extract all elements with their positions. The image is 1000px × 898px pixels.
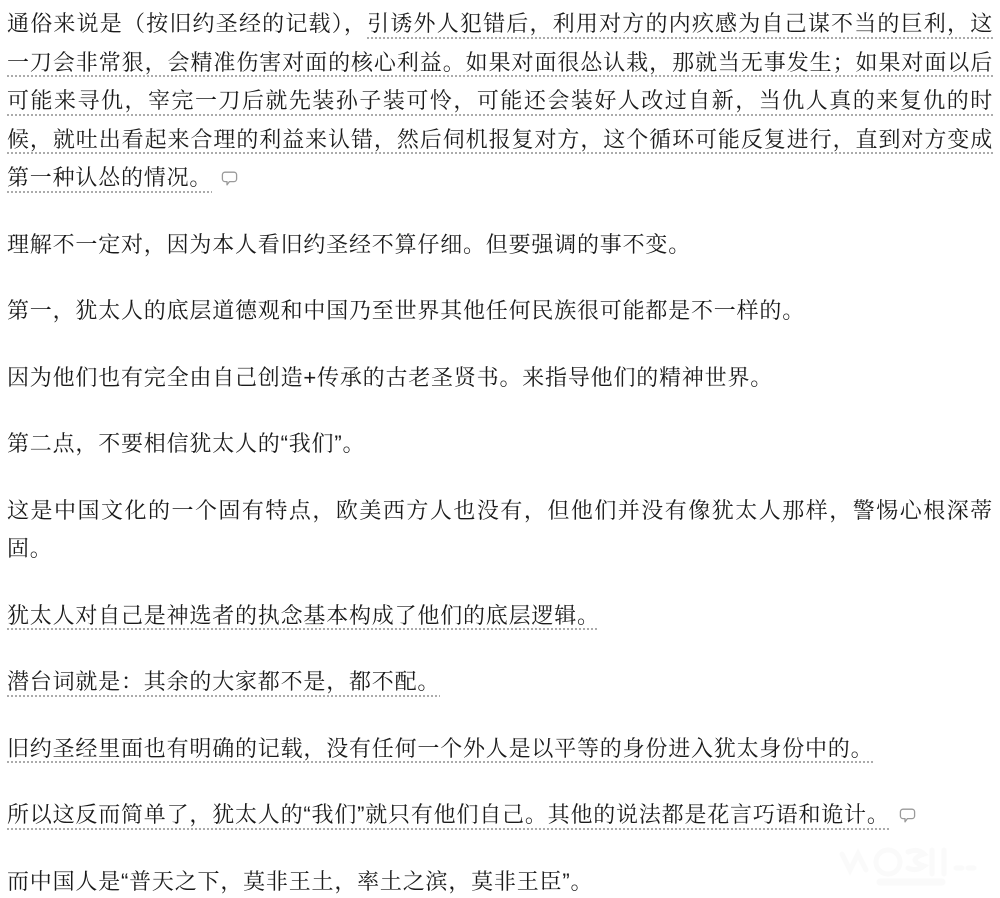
text-segment: 因为他们也有完全由自己创造+传承的古老圣贤书。来指导他们的精神世界。 (7, 365, 773, 390)
paragraph: 旧约圣经里面也有明确的记载，没有任何一个外人是以平等的身份进入犹太身份中的。 (7, 730, 993, 769)
paragraph: 潜台词就是：其余的大家都不是，都不配。 (7, 663, 993, 702)
highlighted-text[interactable]: 犹太人对自己是神选者的执念基本构成了他们的底层逻辑。 (7, 603, 600, 628)
paragraph: 第一，犹太人的底层道德观和中国乃至世界其他任何民族很可能都是不一样的。 (7, 292, 993, 331)
text-segment: 第二点，不要相信犹太人的“我们”。 (7, 431, 365, 456)
text-segment: 通俗来说是（按旧约圣经的记载）， (7, 11, 367, 36)
paragraph: 犹太人对自己是神选者的执念基本构成了他们的底层逻辑。 (7, 597, 993, 636)
text-segment: 而中国人是“普天之下，莫非王土，率土之滨，莫非王臣”。 (7, 869, 593, 894)
text-segment: 第一，犹太人的底层道德观和中国乃至世界其他任何民族很可能都是不一样的。 (7, 298, 805, 323)
paragraph: 这是中国文化的一个固有特点，欧美西方人也没有，但他们并没有像犹太人那样，警惕心根… (7, 492, 993, 569)
comment-bubble-icon[interactable] (221, 170, 238, 187)
paragraph: 所以这反而简单了，犹太人的“我们”就只有他们自己。其他的说法都是花言巧语和诡计。 (7, 796, 993, 835)
paragraph: 通俗来说是（按旧约圣经的记载），引诱外人犯错后，利用对方的内疚感为自己谋不当的巨… (7, 5, 993, 198)
paragraph: 而中国人是“普天之下，莫非王土，率土之滨，莫非王臣”。 (7, 863, 993, 898)
paragraph: 因为他们也有完全由自己创造+传承的古老圣贤书。来指导他们的精神世界。 (7, 359, 993, 398)
highlighted-text[interactable]: 引诱外人犯错后，利用对方的内疚感为自己谋不当的巨利，这一刀会非常狠，会精准伤害对… (7, 11, 993, 190)
text-segment: 理解不一定对，因为本人看旧约圣经不算仔细。但要强调的事不变。 (7, 232, 691, 257)
highlighted-text[interactable]: 潜台词就是：其余的大家都不是，都不配。 (7, 669, 440, 694)
text-segment: 这是中国文化的一个固有特点，欧美西方人也没有，但他们并没有像犹太人那样，警惕心根… (7, 498, 993, 562)
article-body: 通俗来说是（按旧约圣经的记载），引诱外人犯错后，利用对方的内疚感为自己谋不当的巨… (0, 0, 1000, 898)
highlighted-text[interactable]: 旧约圣经里面也有明确的记载，没有任何一个外人是以平等的身份进入犹太身份中的。 (7, 736, 873, 761)
paragraph: 第二点，不要相信犹太人的“我们”。 (7, 425, 993, 464)
comment-bubble-icon[interactable] (899, 807, 916, 824)
paragraph: 理解不一定对，因为本人看旧约圣经不算仔细。但要强调的事不变。 (7, 226, 993, 265)
highlighted-text[interactable]: 所以这反而简单了，犹太人的“我们”就只有他们自己。其他的说法都是花言巧语和诡计。 (7, 802, 890, 827)
